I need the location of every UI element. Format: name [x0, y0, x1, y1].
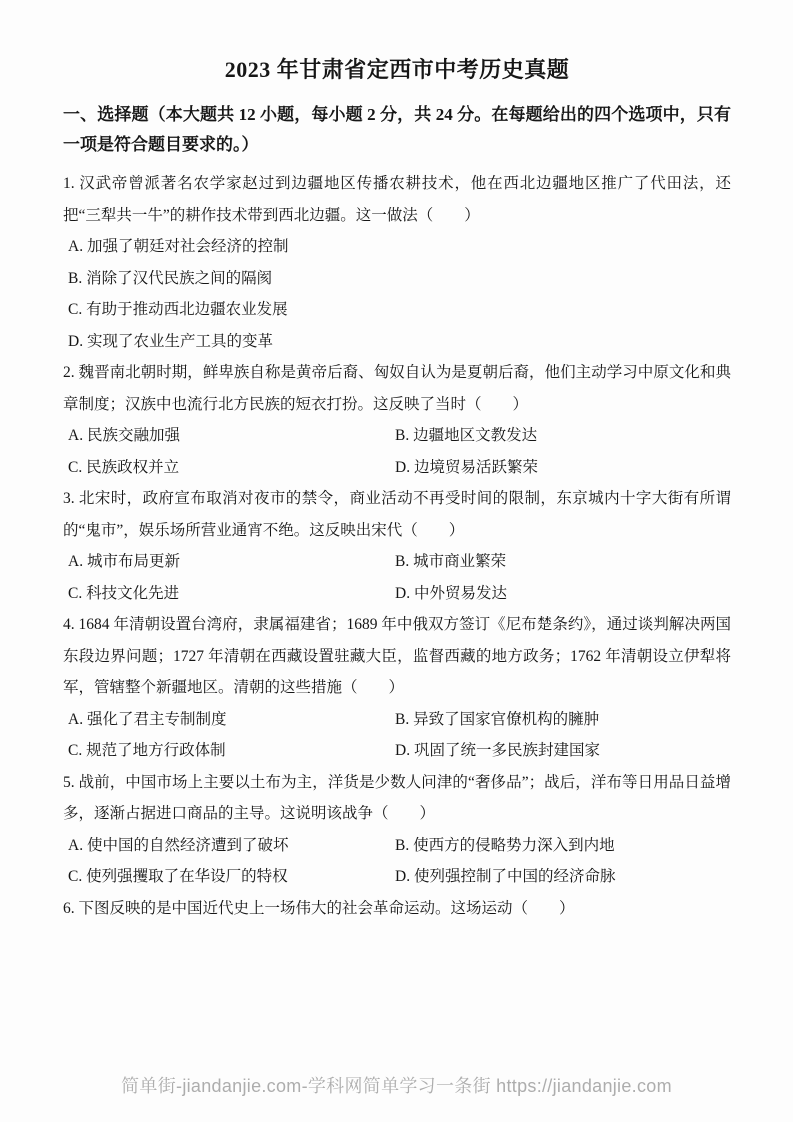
section-heading: 一、选择题（本大题共 12 小题，每小题 2 分，共 24 分。在每题给出的四个…: [63, 100, 731, 160]
question-4-option-a: A. 强化了君主专制制度: [63, 704, 395, 736]
question-1-stem: 1. 汉武帝曾派著名农学家赵过到边疆地区传播农耕技术，他在西北边疆地区推广了代田…: [63, 168, 731, 231]
question-2-option-a: A. 民族交融加强: [63, 420, 395, 452]
question-4: 4. 1684 年清朝设置台湾府，隶属福建省；1689 年中俄双方签订《尼布楚条…: [63, 609, 731, 767]
question-3-option-b: B. 城市商业繁荣: [395, 546, 731, 578]
question-4-option-d: D. 巩固了统一多民族封建国家: [395, 735, 731, 767]
exam-document-page: 2023 年甘肃省定西市中考历史真题 一、选择题（本大题共 12 小题，每小题 …: [0, 0, 793, 1122]
question-5-option-a: A. 使中国的自然经济遭到了破坏: [63, 830, 395, 862]
question-2: 2. 魏晋南北朝时期，鲜卑族自称是黄帝后裔、匈奴自认为是夏朝后裔，他们主动学习中…: [63, 357, 731, 483]
question-1-option-c: C. 有助于推动西北边疆农业发展: [63, 294, 731, 326]
question-2-option-c: C. 民族政权并立: [63, 452, 395, 484]
question-4-stem: 4. 1684 年清朝设置台湾府，隶属福建省；1689 年中俄双方签订《尼布楚条…: [63, 609, 731, 704]
question-1-option-a: A. 加强了朝廷对社会经济的控制: [63, 231, 731, 263]
question-2-stem: 2. 魏晋南北朝时期，鲜卑族自称是黄帝后裔、匈奴自认为是夏朝后裔，他们主动学习中…: [63, 357, 731, 420]
question-5-option-d: D. 使列强控制了中国的经济命脉: [395, 861, 731, 893]
option-row: C. 规范了地方行政体制 D. 巩固了统一多民族封建国家: [63, 735, 731, 767]
question-4-option-c: C. 规范了地方行政体制: [63, 735, 395, 767]
question-6: 6. 下图反映的是中国近代史上一场伟大的社会革命运动。这场运动（ ）: [63, 893, 731, 925]
option-row: A. 强化了君主专制制度 B. 异致了国家官僚机构的臃肿: [63, 704, 731, 736]
question-4-option-b: B. 异致了国家官僚机构的臃肿: [395, 704, 731, 736]
question-2-option-d: D. 边境贸易活跃繁荣: [395, 452, 731, 484]
page-title: 2023 年甘肃省定西市中考历史真题: [63, 54, 731, 86]
question-5-stem: 5. 战前，中国市场上主要以土布为主，洋货是少数人问津的“奢侈品”；战后，洋布等…: [63, 767, 731, 830]
question-3-option-c: C. 科技文化先进: [63, 578, 395, 610]
option-row: C. 使列强攫取了在华设厂的特权 D. 使列强控制了中国的经济命脉: [63, 861, 731, 893]
option-row: A. 城市布局更新 B. 城市商业繁荣: [63, 546, 731, 578]
question-5-option-c: C. 使列强攫取了在华设厂的特权: [63, 861, 395, 893]
question-3-option-d: D. 中外贸易发达: [395, 578, 731, 610]
question-1: 1. 汉武帝曾派著名农学家赵过到边疆地区传播农耕技术，他在西北边疆地区推广了代田…: [63, 168, 731, 357]
question-2-option-b: B. 边疆地区文教发达: [395, 420, 731, 452]
question-3-stem: 3. 北宋时，政府宣布取消对夜市的禁令，商业活动不再受时间的限制，东京城内十字大…: [63, 483, 731, 546]
question-5-option-b: B. 使西方的侵略势力深入到内地: [395, 830, 731, 862]
question-3-option-a: A. 城市布局更新: [63, 546, 395, 578]
option-row: C. 民族政权并立 D. 边境贸易活跃繁荣: [63, 452, 731, 484]
question-1-option-b: B. 消除了汉代民族之间的隔阂: [63, 263, 731, 295]
option-row: A. 使中国的自然经济遭到了破坏 B. 使西方的侵略势力深入到内地: [63, 830, 731, 862]
question-1-option-d: D. 实现了农业生产工具的变革: [63, 326, 731, 358]
question-5: 5. 战前，中国市场上主要以土布为主，洋货是少数人问津的“奢侈品”；战后，洋布等…: [63, 767, 731, 893]
watermark-footer: 简单街-jiandanjie.com-学科网简单学习一条街 https://ji…: [0, 1072, 793, 1098]
option-row: A. 民族交融加强 B. 边疆地区文教发达: [63, 420, 731, 452]
question-3: 3. 北宋时，政府宣布取消对夜市的禁令，商业活动不再受时间的限制，东京城内十字大…: [63, 483, 731, 609]
option-row: C. 科技文化先进 D. 中外贸易发达: [63, 578, 731, 610]
question-6-stem: 6. 下图反映的是中国近代史上一场伟大的社会革命运动。这场运动（ ）: [63, 893, 731, 925]
